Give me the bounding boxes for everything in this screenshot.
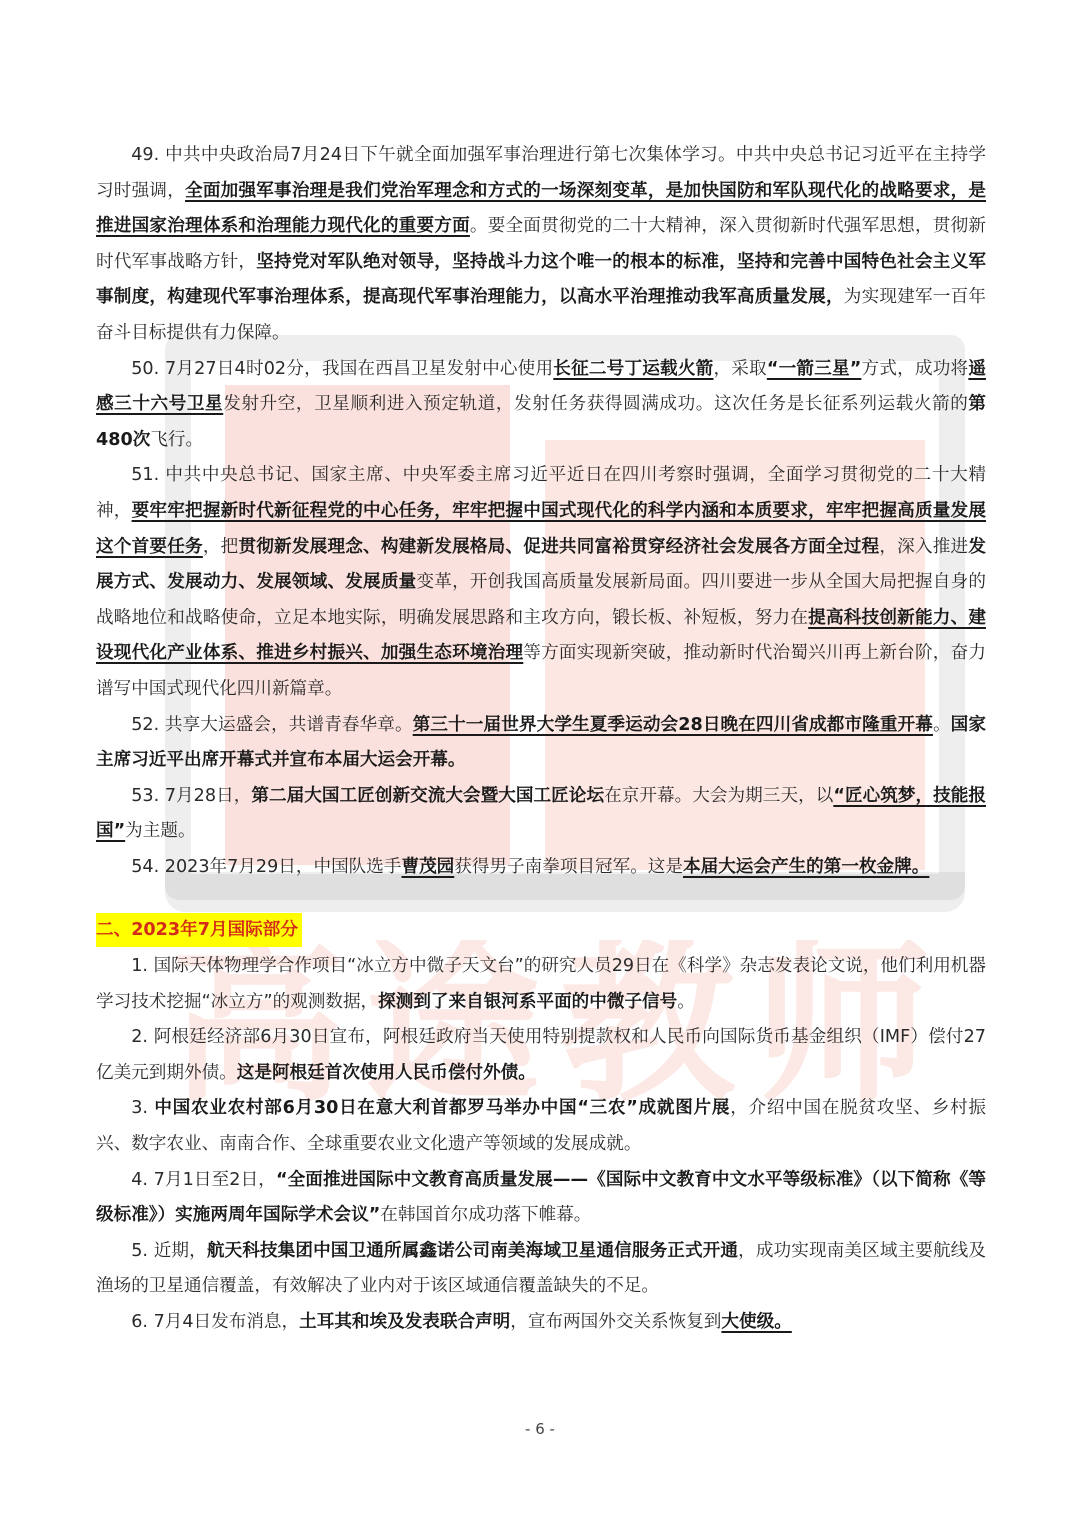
international-news-list: 1. 国际天体物理学合作项目“冰立方中微子天文台”的研究人员29日在《科学》杂志… bbox=[96, 949, 986, 1341]
body-text: 共享大运盛会，共谱青春华章。 bbox=[165, 715, 413, 735]
underlined-bold-text: 长征二号丁运载火箭 bbox=[553, 359, 713, 379]
international-news-item: 1. 国际天体物理学合作项目“冰立方中微子天文台”的研究人员29日在《科学》杂志… bbox=[96, 949, 986, 1020]
domestic-news-list: 49. 中共中央政治局7月24日下午就全面加强军事治理进行第七次集体学习。中共中… bbox=[96, 138, 986, 885]
body-text: 在京开幕。大会为期三天，以 bbox=[604, 786, 833, 806]
body-text: 近期， bbox=[154, 1241, 207, 1261]
body-text: ，深入推进 bbox=[879, 537, 968, 557]
body-text: 。 bbox=[677, 992, 695, 1012]
domestic-news-item: 54. 2023年7月29日，中国队选手曹茂园获得男子南拳项目冠军。这是本届大运… bbox=[96, 850, 986, 886]
bold-text: 贯彻新发展理念、构建新发展格局、促进共同富裕贯穿经济社会发展各方面全过程 bbox=[238, 537, 879, 557]
underlined-bold-text: 大使级。 bbox=[721, 1312, 791, 1332]
item-number: 2. bbox=[131, 1027, 154, 1047]
document-body: 49. 中共中央政治局7月24日下午就全面加强军事治理进行第七次集体学习。中共中… bbox=[96, 138, 986, 1341]
underlined-bold-text: “一箭三星” bbox=[767, 359, 862, 379]
body-text: ，采取 bbox=[713, 359, 766, 379]
body-text: 7月4日发布消息， bbox=[154, 1312, 300, 1332]
item-number: 1. bbox=[131, 956, 153, 976]
international-news-item: 3. 中国农业农村部6月30日在意大利首都罗马举办中国“三农”成就图片展，介绍中… bbox=[96, 1091, 986, 1162]
item-number: 51. bbox=[131, 465, 165, 485]
item-number: 50. bbox=[131, 359, 165, 379]
item-number: 49. bbox=[131, 145, 165, 165]
body-text: 7月28日， bbox=[165, 786, 252, 806]
body-text: ，把 bbox=[203, 537, 239, 557]
underlined-bold-text: 第三十一届世界大学生夏季运动会28日晚在四川省成都市隆重开幕 bbox=[413, 715, 933, 735]
body-text: 7月27日4时02分，我国在西昌卫星发射中心使用 bbox=[165, 359, 553, 379]
item-number: 54. bbox=[131, 857, 165, 877]
underlined-bold-text: 曹茂园 bbox=[401, 857, 454, 877]
bold-text: 航天科技集团中国卫通所属鑫诺公司南美海域卫星通信服务正式开通 bbox=[207, 1241, 738, 1261]
body-text: 7月1日至2日， bbox=[154, 1170, 276, 1190]
bold-text: 这是阿根廷首次使用人民币偿付外债。 bbox=[237, 1063, 536, 1083]
domestic-news-item: 52. 共享大运盛会，共谱青春华章。第三十一届世界大学生夏季运动会28日晚在四川… bbox=[96, 708, 986, 779]
section-heading-international: 二、2023年7月国际部分 bbox=[96, 913, 302, 947]
body-text: ，宣布两国外交关系恢复到 bbox=[510, 1312, 721, 1332]
body-text: 获得男子南拳项目冠军。这是 bbox=[454, 857, 683, 877]
domestic-news-item: 51. 中共中央总书记、国家主席、中央军委主席习近平近日在四川考察时强调，全面学… bbox=[96, 458, 986, 707]
domestic-news-item: 53. 7月28日，第二届大国工匠创新交流大会暨大国工匠论坛在京开幕。大会为期三… bbox=[96, 779, 986, 850]
item-number: 4. bbox=[131, 1170, 153, 1190]
bold-text: 土耳其和埃及发表联合声明 bbox=[299, 1312, 510, 1332]
item-number: 6. bbox=[131, 1312, 153, 1332]
international-news-item: 6. 7月4日发布消息，土耳其和埃及发表联合声明，宣布两国外交关系恢复到大使级。 bbox=[96, 1305, 986, 1341]
body-text: 。 bbox=[933, 715, 951, 735]
international-news-item: 2. 阿根廷经济部6月30日宣布，阿根廷政府当天使用特别提款权和人民币向国际货币… bbox=[96, 1020, 986, 1091]
bold-text: 中国农业农村部6月30日在意大利首都罗马举办中国“三农”成就图片展 bbox=[154, 1098, 730, 1118]
bold-text: 第二届大国工匠创新交流大会暨大国工匠论坛 bbox=[251, 786, 604, 806]
body-text: 阿根廷经济部6月30日宣布，阿根廷政府当天使用特别提款权和人民币向国际货币基金组… bbox=[96, 1027, 986, 1083]
body-text: 发射升空，卫星顺利进入预定轨道，发射任务获得圆满成功。这次任务是长征系列运载火箭… bbox=[223, 394, 968, 414]
item-number: 5. bbox=[131, 1241, 154, 1261]
section-heading-row: 二、2023年7月国际部分 bbox=[96, 893, 986, 949]
item-number: 3. bbox=[131, 1098, 154, 1118]
item-number: 53. bbox=[131, 786, 165, 806]
page-number: - 6 - bbox=[0, 1420, 1080, 1438]
body-text: 在韩国首尔成功落下帷幕。 bbox=[380, 1205, 591, 1225]
domestic-news-item: 50. 7月27日4时02分，我国在西昌卫星发射中心使用长征二号丁运载火箭，采取… bbox=[96, 352, 986, 459]
body-text: 方式，成功将 bbox=[861, 359, 968, 379]
international-news-item: 4. 7月1日至2日，“全面推进国际中文教育高质量发展——《国际中文教育中文水平… bbox=[96, 1163, 986, 1234]
body-text: 为主题。 bbox=[125, 821, 195, 841]
international-news-item: 5. 近期，航天科技集团中国卫通所属鑫诺公司南美海域卫星通信服务正式开通，成功实… bbox=[96, 1234, 986, 1305]
bold-text: 探测到了来自银河系平面的中微子信号 bbox=[378, 992, 677, 1012]
underlined-bold-text: 本届大运会产生的第一枚金牌。 bbox=[683, 857, 929, 877]
item-number: 52. bbox=[131, 715, 165, 735]
body-text: 2023年7月29日，中国队选手 bbox=[165, 857, 402, 877]
domestic-news-item: 49. 中共中央政治局7月24日下午就全面加强军事治理进行第七次集体学习。中共中… bbox=[96, 138, 986, 352]
body-text: 飞行。 bbox=[150, 430, 203, 450]
